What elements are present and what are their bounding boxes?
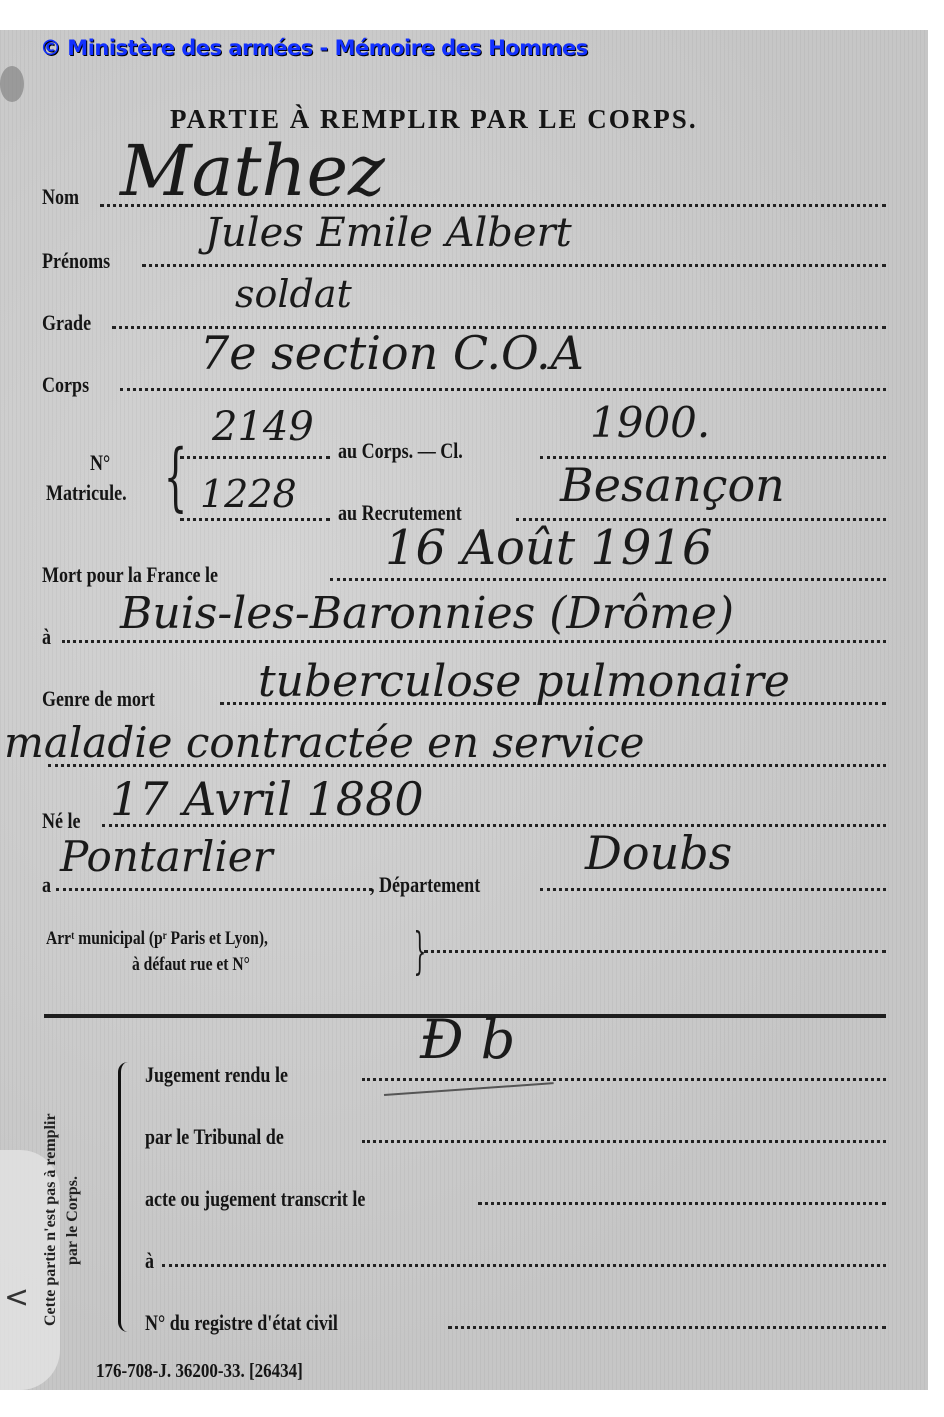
line-date-deces: [330, 578, 886, 581]
line-lieu-transcription: [162, 1264, 886, 1267]
label-au-corps: au Corps. — Cl.: [338, 438, 463, 464]
line-tribunal: [362, 1140, 886, 1143]
value-recrutement: Besançon: [560, 458, 785, 512]
value-matricule-corps: 2149: [212, 404, 314, 450]
line-lieu-deces: [62, 640, 886, 643]
side-note: Cette partie n'est pas à remplir par le …: [40, 1110, 130, 1330]
label-lieu-transcription: à: [145, 1248, 154, 1274]
copyright-watermark: © Ministère des armées - Mémoire des Hom…: [40, 36, 588, 60]
value-lieu-naissance: Pontarlier: [60, 832, 273, 881]
value-grade: soldat: [235, 272, 352, 316]
label-matricule: Matricule.: [46, 480, 127, 506]
line-departement: [540, 888, 886, 891]
line-arr-municipal: [424, 950, 886, 953]
label-genre-de-mort: Genre de mort: [42, 686, 155, 712]
label-nom: Nom: [42, 184, 79, 210]
label-mort-pour-la-france: Mort pour la France le: [42, 562, 218, 588]
label-tribunal: par le Tribunal de: [145, 1124, 284, 1150]
line-acte-transcrit: [478, 1202, 886, 1205]
value-corps: 7e section C.O.A: [200, 326, 584, 380]
value-matricule-recrutement: 1228: [200, 472, 297, 516]
value-date-naissance: 17 Avril 1880: [110, 772, 424, 826]
line-prenoms: [142, 264, 886, 267]
label-corps: Corps: [42, 372, 89, 398]
label-jugement-rendu: Jugement rendu le: [145, 1062, 288, 1088]
line-corps: [120, 388, 886, 391]
label-acte-transcrit: acte ou jugement transcrit le: [145, 1186, 365, 1212]
line-matricule-corps: [180, 456, 330, 459]
chevron-left-icon: <: [4, 1280, 29, 1315]
label-departement: , Département: [370, 872, 480, 898]
label-lieu-deces: à: [42, 624, 51, 650]
line-registre: [448, 1326, 886, 1329]
paper-stain: [0, 66, 24, 102]
value-jugement-mark: Ð b: [420, 1008, 515, 1071]
label-prenoms: Prénoms: [42, 248, 110, 274]
line-jugement-rendu: [362, 1078, 886, 1081]
line-lieu-naissance: [56, 888, 372, 891]
value-genre-de-mort-2: maladie contractée en service: [4, 718, 644, 767]
label-a-defaut-rue: à défaut rue et N°: [132, 954, 250, 976]
value-classe: 1900.: [590, 398, 710, 447]
matricule-brace: {: [164, 440, 188, 514]
value-prenoms: Jules Emile Albert: [205, 210, 572, 256]
line-matricule-recrutement: [180, 518, 330, 521]
label-ne-le: Né le: [42, 808, 81, 834]
label-grade: Grade: [42, 310, 91, 336]
value-nom: Mathez: [120, 130, 385, 212]
value-genre-de-mort-1: tuberculose pulmonaire: [258, 656, 790, 707]
label-no: N°: [90, 450, 110, 476]
value-date-deces: 16 Août 1916: [385, 520, 713, 576]
form-reference: 176-708-J. 36200-33. [26434]: [96, 1360, 303, 1383]
label-registre: N° du registre d'état civil: [145, 1310, 338, 1336]
label-lieu-naissance: a: [42, 872, 51, 898]
value-lieu-deces: Buis-les-Baronnies (Drôme): [120, 588, 734, 639]
value-departement: Doubs: [585, 826, 732, 880]
label-arr-municipal: Arrᵗ municipal (pʳ Paris et Lyon),: [46, 928, 268, 950]
